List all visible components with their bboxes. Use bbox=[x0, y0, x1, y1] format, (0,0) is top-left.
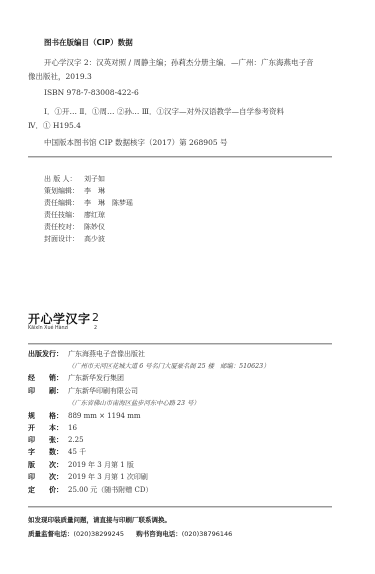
spec-printer: 印 刷：广东新华印刷有限公司 bbox=[28, 386, 138, 396]
cip-classification: Ⅰ．①开… Ⅱ．①周… ②孙… Ⅲ．①汉字—对外汉语教学—自学参考资料 bbox=[44, 106, 284, 117]
spec-publisher-address: （广州市天河区花城大道 6 号名门大厦豪名阁 25 楼 邮编：510623） bbox=[68, 361, 270, 370]
spec-distributor: 经 销：广东新华发行集团 bbox=[28, 373, 124, 383]
divider-title bbox=[28, 343, 332, 345]
spec-value: 16 bbox=[68, 424, 77, 432]
spec-label: 印 张： bbox=[28, 435, 68, 445]
spec-format: 规 格：889 mm × 1194 mm bbox=[28, 411, 141, 421]
spec-label: 版 次： bbox=[28, 460, 68, 470]
spec-label: 开 本： bbox=[28, 423, 68, 433]
spec-label: 印 刷： bbox=[28, 386, 68, 396]
staff-value: 刘子如 bbox=[84, 175, 105, 183]
spec-value: 889 mm × 1194 mm bbox=[68, 412, 141, 420]
spec-value: 2019 年 3 月第 1 次印刷 bbox=[68, 473, 148, 481]
cip-isbn: ISBN 978-7-83008-422-6 bbox=[44, 88, 139, 97]
spec-folio: 开 本：16 bbox=[28, 423, 77, 433]
purchase-phone-label: 购书咨询电话： bbox=[136, 530, 182, 538]
staff-label: 封面设计： bbox=[44, 234, 84, 244]
spec-printing: 印 次：2019 年 3 月第 1 次印刷 bbox=[28, 472, 148, 482]
staff-label: 责任校对： bbox=[44, 222, 84, 232]
cip-heading: 图书在版编目（CIP）数据 bbox=[44, 37, 133, 48]
spec-label: 经 销： bbox=[28, 373, 68, 383]
spec-value: 广东海燕电子音像出版社 bbox=[68, 350, 145, 358]
staff-label: 责任技编： bbox=[44, 210, 84, 220]
cip-line-1: 开心学汉字 2：汉英对照 / 周静主编；孙莉杰分册主编．—广州：广东海燕电子音 bbox=[44, 57, 313, 68]
staff-publisher: 出 版 人：刘子如 bbox=[44, 174, 105, 184]
staff-cover-designer: 封面设计：高少波 bbox=[44, 234, 105, 244]
divider-footer bbox=[28, 506, 332, 508]
cip-record-number: 中国版本图书馆 CIP 数据核字（2017）第 268905 号 bbox=[44, 137, 228, 148]
spec-label: 出版发行： bbox=[28, 349, 68, 359]
spec-word-count: 字 数：45 千 bbox=[28, 447, 86, 457]
book-volume: 2 bbox=[92, 311, 99, 324]
staff-label: 出 版 人： bbox=[44, 174, 84, 184]
spec-value: 45 千 bbox=[68, 448, 86, 456]
staff-value: 廖红琼 bbox=[84, 211, 105, 219]
staff-value: 李 琳 bbox=[84, 187, 105, 195]
staff-value: 高少波 bbox=[84, 235, 105, 243]
spec-printer-address: （广东省佛山市南海区盐步河东中心路 23 号） bbox=[68, 398, 200, 407]
spec-label: 印 次： bbox=[28, 472, 68, 482]
staff-value: 陈妙仪 bbox=[84, 223, 105, 231]
staff-planning-editor: 策划编辑：李 琳 bbox=[44, 186, 105, 196]
quality-phone: (020)38299245 bbox=[74, 530, 125, 538]
spec-label: 规 格： bbox=[28, 411, 68, 421]
spec-sheets: 印 张：2.25 bbox=[28, 435, 84, 445]
spec-edition: 版 次：2019 年 3 月第 1 版 bbox=[28, 460, 134, 470]
book-pinyin: Kāixīn Xué Hànzì bbox=[28, 326, 68, 331]
staff-value: 李 琳 陈梦瑶 bbox=[84, 199, 133, 207]
spec-label: 字 数： bbox=[28, 447, 68, 457]
spec-value: 2019 年 3 月第 1 版 bbox=[68, 461, 134, 469]
book-title: 开心学汉字 bbox=[28, 310, 91, 327]
book-pinyin-volume: 2 bbox=[94, 326, 97, 331]
spec-publisher: 出版发行：广东海燕电子音像出版社 bbox=[28, 349, 145, 359]
staff-technical-editor: 责任技编：廖红琼 bbox=[44, 210, 105, 220]
cip-classification-cont: Ⅳ．① H195.4 bbox=[28, 120, 81, 131]
purchase-phone: (020)38796146 bbox=[182, 530, 233, 538]
quality-notice: 如发现印装质量问题，请直接与印刷厂联系调换。 bbox=[28, 515, 171, 524]
spec-value: 广东新华印刷有限公司 bbox=[68, 387, 138, 395]
contact-phones: 质量监督电话：(020)38299245 购书咨询电话：(020)3879614… bbox=[28, 529, 232, 538]
staff-label: 责任编辑： bbox=[44, 198, 84, 208]
divider-cip bbox=[28, 156, 332, 158]
quality-phone-label: 质量监督电话： bbox=[28, 530, 74, 538]
staff-responsible-editor: 责任编辑：李 琳 陈梦瑶 bbox=[44, 198, 133, 208]
cip-line-2: 像出版社，2019.3 bbox=[28, 71, 92, 82]
spec-value: 广东新华发行集团 bbox=[68, 374, 124, 382]
spec-price: 定 价：25.00 元（随书附赠 CD） bbox=[28, 485, 152, 495]
staff-proofreader: 责任校对：陈妙仪 bbox=[44, 222, 105, 232]
spec-value: 2.25 bbox=[68, 436, 84, 444]
staff-label: 策划编辑： bbox=[44, 186, 84, 196]
spec-label: 定 价： bbox=[28, 485, 68, 495]
spec-value: 25.00 元（随书附赠 CD） bbox=[68, 486, 152, 494]
